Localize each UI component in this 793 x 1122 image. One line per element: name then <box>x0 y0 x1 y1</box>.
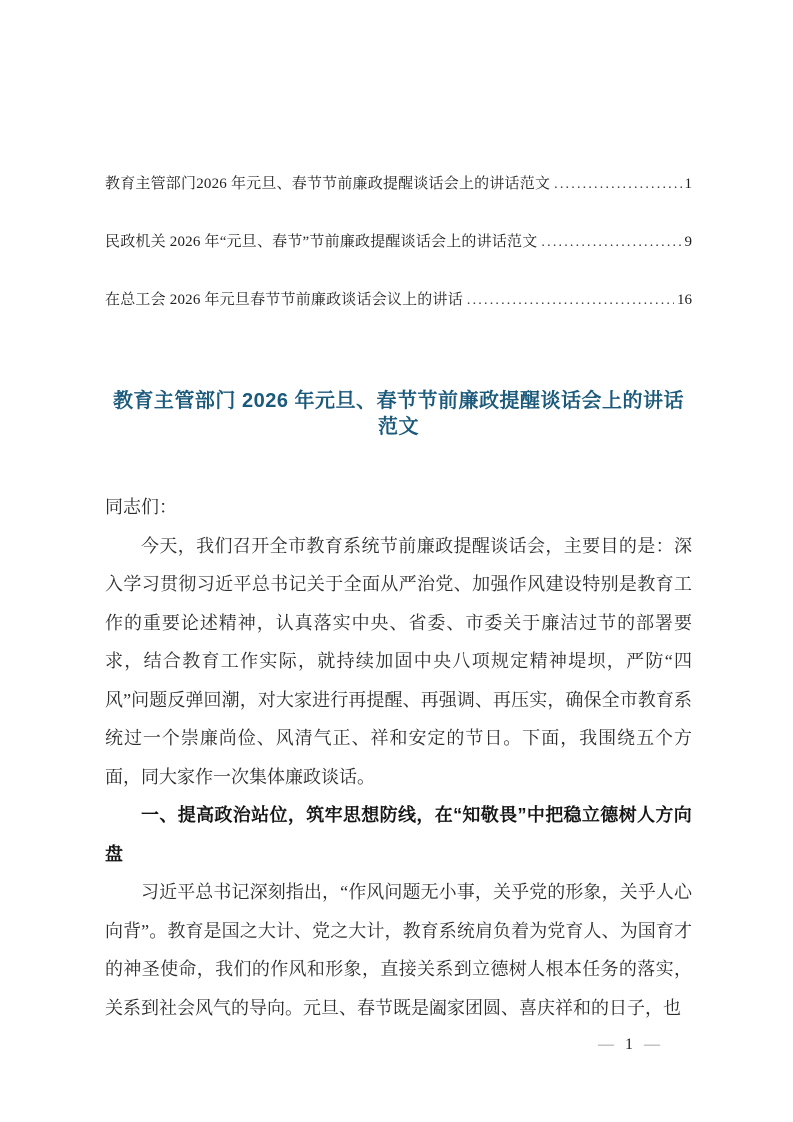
toc-entry-title: 教育主管部门2026 年元旦、春节节前廉政提醒谈话会上的讲话范文 <box>105 175 550 193</box>
page-footer: —1— <box>587 1036 671 1054</box>
table-of-contents: 教育主管部门2026 年元旦、春节节前廉政提醒谈话会上的讲话范文 .......… <box>105 0 692 310</box>
footer-page-number: 1 <box>625 1036 633 1053</box>
toc-page-number: 1 <box>685 175 693 193</box>
toc-entry[interactable]: 在总工会 2026 年元旦春节节前廉政谈话会议上的讲话 ............… <box>105 291 692 310</box>
footer-dash-left: — <box>587 1036 625 1053</box>
salutation: 同志们： <box>105 488 692 527</box>
document-body: 同志们： 今天，我们召开全市教育系统节前廉政提醒谈话会，主要目的是：深入学习贯彻… <box>105 488 692 1027</box>
paragraph: 今天，我们召开全市教育系统节前廉政提醒谈话会，主要目的是：深入学习贯彻习近平总书… <box>105 527 692 797</box>
document-page: 教育主管部门2026 年元旦、春节节前廉政提醒谈话会上的讲话范文 .......… <box>0 0 793 1122</box>
toc-page-number: 16 <box>677 291 692 309</box>
section-heading: 一、提高政治站位，筑牢思想防线，在“知敬畏”中把稳立德树人方向盘 <box>105 796 692 873</box>
toc-leader-dots: ........................................… <box>554 176 681 194</box>
toc-entry-title: 在总工会 2026 年元旦春节节前廉政谈话会议上的讲话 <box>105 291 463 309</box>
toc-leader-dots: ........................................… <box>541 234 681 252</box>
footer-dash-right: — <box>633 1036 671 1053</box>
document-title: 教育主管部门 2026 年元旦、春节节前廉政提醒谈话会上的讲话范文 <box>105 388 692 440</box>
toc-entry-title: 民政机关 2026 年“元旦、春节”节前廉政提醒谈话会上的讲话范文 <box>105 233 537 251</box>
toc-entry[interactable]: 民政机关 2026 年“元旦、春节”节前廉政提醒谈话会上的讲话范文 ......… <box>105 233 692 252</box>
toc-page-number: 9 <box>685 233 693 251</box>
toc-leader-dots: ........................................… <box>467 292 674 310</box>
page-content: 教育主管部门2026 年元旦、春节节前廉政提醒谈话会上的讲话范文 .......… <box>0 0 793 1027</box>
paragraph: 习近平总书记深刻指出，“作风问题无小事，关乎党的形象，关乎人心向背”。教育是国之… <box>105 873 692 1027</box>
toc-entry[interactable]: 教育主管部门2026 年元旦、春节节前廉政提醒谈话会上的讲话范文 .......… <box>105 175 692 194</box>
